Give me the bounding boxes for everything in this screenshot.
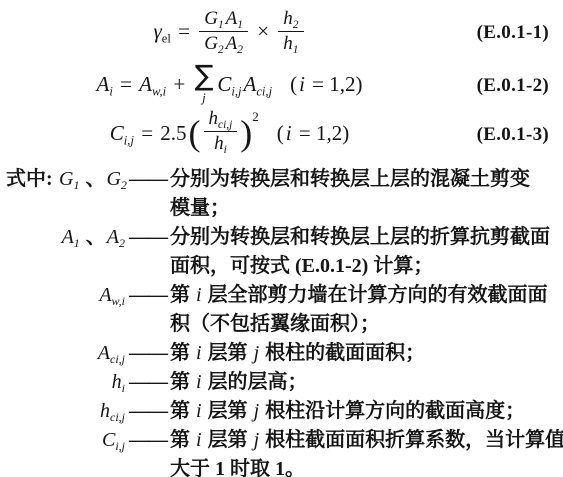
definition-line: 分别为转换层和转换层上层的折算抗剪截面 (170, 223, 557, 252)
math-subscript: 2 (119, 237, 125, 251)
math-var: i (196, 371, 202, 393)
definition-row: 式中:G1 、G2——分别为转换层和转换层上层的混凝土剪变模量； (6, 165, 557, 223)
math-subscript: i (122, 382, 125, 396)
math-var: Aw,i (99, 284, 125, 306)
definition-text: 第 i 层第 j 根柱沿计算方向的截面高度； (170, 397, 557, 426)
text-run: 层第 (203, 429, 253, 451)
math-subscript: ci,j (218, 119, 232, 131)
math-var: Ai (96, 72, 112, 96)
definition-line: 第 i 层全部剪力墙在计算方向的有效截面面 (170, 281, 557, 310)
document-page: γel = G1A1G2A2 × h2h1 (E.0.1-1) Ai = Aw,… (0, 0, 563, 477)
math-operator: = 1,2) (294, 121, 350, 145)
definition-symbol: G1 、G2 (58, 165, 126, 194)
text-run: 层第 (203, 342, 253, 364)
fraction: h2h1 (278, 8, 303, 55)
math-subscript: 1 (74, 237, 80, 251)
math-subscript: i,j (115, 440, 125, 454)
definition-text: 分别为转换层和转换层上层的混凝土剪变模量； (170, 165, 557, 223)
math-var: h2 (283, 8, 298, 29)
definition-line: 第 i 层的层高； (170, 368, 557, 397)
math-var: i (196, 284, 202, 306)
definition-row: hi——第 i 层的层高； (6, 368, 557, 397)
math-subscript: 2 (237, 44, 243, 56)
math-var: j (254, 342, 260, 364)
definition-row: Aci,j——第 i 层第 j 根柱的截面面积； (6, 339, 557, 368)
math-var: Aci,j (244, 72, 273, 96)
math-var: Ci,j (110, 121, 134, 145)
definition-row: Aw,i——第 i 层全部剪力墙在计算方向的有效截面面积（不包括翼缘面积）； (6, 281, 557, 339)
formula-effective-shear-area: Ai = Aw,i + ∑jCi,jAci,j(i = 1,2) (95, 65, 363, 107)
math-var: A1 (226, 8, 243, 29)
text-run: 第 (170, 400, 195, 422)
text-run: 模量； (170, 197, 230, 219)
open-paren-icon: ( (189, 118, 201, 149)
definition-text: 分别为转换层和转换层上层的折算抗剪截面面积，可按式 (E.0.1-2) 计算； (170, 223, 557, 281)
text-run: 第 (170, 342, 195, 364)
math-subscript: el (162, 32, 171, 46)
math-var: G2 (204, 33, 223, 54)
math-var: hi (112, 371, 125, 393)
definition-dash: —— (126, 281, 170, 310)
definition-line: 第 i 层第 j 根柱的截面面积； (170, 339, 557, 368)
definition-text: 第 i 层的层高； (170, 368, 557, 397)
definition-text: 第 i 层第 j 根柱截面面积折算系数，当计算值大于 1 时取 1。 (170, 426, 557, 477)
definition-dash: —— (126, 223, 170, 252)
definition-dash: —— (126, 368, 170, 397)
math-operator: = (115, 72, 137, 96)
math-var: Aw,i (139, 72, 166, 96)
text-run: 第 (170, 284, 195, 306)
math-var: i (196, 429, 202, 451)
math-var: j (254, 429, 260, 451)
math-number: 2.5 (160, 121, 186, 145)
exponent: 2 (252, 110, 259, 123)
definition-row: A1 、A2——分别为转换层和转换层上层的折算抗剪截面面积，可按式 (E.0.1… (6, 223, 557, 281)
text-run: 、 (81, 226, 106, 248)
definition-symbol: hi (58, 368, 126, 397)
math-var: G2 (106, 168, 126, 190)
math-subscript: 1 (237, 19, 243, 31)
math-subscript: i (109, 84, 113, 98)
equation-number-2: (E.0.1-2) (453, 75, 557, 97)
definition-line: 面积，可按式 (E.0.1-2) 计算； (170, 252, 557, 281)
math-subscript: i,j (231, 84, 241, 98)
formula-area-1: γel = G1A1G2A2 × h2h1 (6, 10, 453, 57)
math-var: G1 (59, 168, 79, 190)
definition-symbol: Ci,j (58, 426, 126, 455)
sigma-icon: ∑ (194, 62, 213, 90)
math-subscript: 1 (73, 179, 79, 193)
math-subscript: 2 (293, 19, 299, 31)
equation-row-1: γel = G1A1G2A2 × h2h1 (E.0.1-1) (6, 10, 557, 57)
fraction: G1A1G2A2 (199, 8, 248, 55)
text-run: 层第 (203, 400, 253, 422)
definition-dash: —— (126, 426, 170, 455)
formula-shear-stiffness-ratio: γel = G1A1G2A2 × h2h1 (152, 10, 306, 57)
math-var: A2 (226, 33, 243, 54)
text-run: 层全部剪力墙在计算方向的有效截面面 (203, 284, 548, 306)
math-var: i (196, 400, 202, 422)
definition-dash: —— (126, 165, 170, 194)
formula-area-3: Ci,j = 2.5(hci,jhi)2(i = 1,2) (6, 112, 453, 159)
math-subscript: w,i (152, 84, 166, 98)
math-var: j (254, 400, 260, 422)
paren-inner: hci,jhi (201, 110, 241, 157)
summation-index: j (202, 91, 206, 104)
symbol-definitions: 式中:G1 、G2——分别为转换层和转换层上层的混凝土剪变模量；A1 、A2——… (6, 165, 557, 477)
definition-symbol: hci,j (58, 397, 126, 426)
math-operator: × (252, 19, 274, 43)
text-run: 分别为转换层和转换层上层的折算抗剪截面 (170, 226, 550, 248)
math-var: i (286, 121, 292, 145)
math-var: hci,j (100, 400, 125, 422)
text-run: 根柱截面面积折算系数，当计算值 (260, 429, 563, 451)
math-var: Ci,j (217, 72, 241, 96)
definition-text: 第 i 层第 j 根柱的截面面积； (170, 339, 557, 368)
formula-block: γel = G1A1G2A2 × h2h1 (E.0.1-1) Ai = Aw,… (6, 8, 557, 158)
formula-area-2: Ai = Aw,i + ∑jCi,jAci,j(i = 1,2) (6, 65, 453, 107)
math-operator: ( (277, 121, 284, 145)
denominator: h1 (278, 32, 303, 55)
math-subscript: 2 (218, 44, 224, 56)
math-operator: + (168, 72, 190, 96)
definition-dash: —— (126, 339, 170, 368)
numerator: h2 (278, 8, 303, 32)
text-run: 第 (170, 429, 195, 451)
math-var: A1 (62, 226, 80, 248)
math-subscript: ci,j (256, 84, 272, 98)
math-var: h1 (283, 33, 298, 54)
definition-symbol: A1 、A2 (58, 223, 126, 252)
text-run: 面积，可按式 (E.0.1-2) 计算； (170, 255, 433, 277)
math-operator: = (173, 19, 195, 43)
definition-row: hci,j——第 i 层第 j 根柱沿计算方向的截面高度； (6, 397, 557, 426)
numerator: G1A1 (199, 8, 248, 32)
text-run: 、 (80, 168, 105, 190)
math-subscript: w,i (112, 295, 125, 309)
math-subscript: ci,j (110, 353, 125, 367)
formula-column-conversion-factor: Ci,j = 2.5(hci,jhi)2(i = 1,2) (109, 112, 350, 159)
equation-row-2: Ai = Aw,i + ∑jCi,jAci,j(i = 1,2) (E.0.1-… (6, 65, 557, 107)
math-var: hi (214, 133, 227, 154)
fraction: hci,jhi (204, 108, 238, 155)
definition-line: 大于 1 时取 1。 (170, 455, 557, 477)
definition-row: Ci,j——第 i 层第 j 根柱截面面积折算系数，当计算值大于 1 时取 1。 (6, 426, 557, 477)
denominator: hi (209, 132, 232, 155)
text-run: 层的层高； (203, 371, 308, 393)
text-run: 根柱的截面面积； (260, 342, 425, 364)
definition-dash: —— (126, 397, 170, 426)
definition-line: 第 i 层第 j 根柱截面面积折算系数，当计算值 (170, 426, 557, 455)
text-run: 积（不包括翼缘面积）； (170, 313, 380, 335)
math-subscript: 1 (293, 44, 299, 56)
math-subscript: ci,j (110, 411, 125, 425)
definition-line: 分别为转换层和转换层上层的混凝土剪变 (170, 165, 557, 194)
definition-line: 模量； (170, 194, 557, 223)
math-subscript: i (224, 144, 227, 156)
math-var: A2 (107, 226, 125, 248)
math-var: i (299, 72, 305, 96)
definition-line: 第 i 层第 j 根柱沿计算方向的截面高度； (170, 397, 557, 426)
text-run: 大于 1 时取 1。 (170, 458, 305, 477)
close-paren-icon: ) (240, 118, 252, 149)
math-subscript: 1 (218, 19, 224, 31)
where-label: 式中: (6, 165, 58, 194)
text-run: 第 (170, 371, 195, 393)
math-var: γel (153, 19, 170, 43)
text-run: 根柱沿计算方向的截面高度； (260, 400, 525, 422)
paren-group: (hci,jhi)2 (189, 110, 259, 157)
math-operator: = 1,2) (307, 72, 363, 96)
math-var: G1 (204, 8, 223, 29)
math-var: Aci,j (98, 342, 125, 364)
math-operator: = (136, 121, 158, 145)
math-var: hci,j (209, 108, 233, 129)
equation-number-3: (E.0.1-3) (453, 124, 557, 146)
math-var: i (196, 342, 202, 364)
math-subscript: i,j (124, 133, 134, 147)
definition-symbol: Aci,j (58, 339, 126, 368)
summation: ∑j (194, 62, 213, 104)
math-var: Ci,j (102, 429, 125, 451)
denominator: G2A2 (199, 32, 248, 55)
math-operator: ( (290, 72, 297, 96)
numerator: hci,j (204, 108, 238, 132)
definition-line: 积（不包括翼缘面积）； (170, 310, 557, 339)
equation-row-3: Ci,j = 2.5(hci,jhi)2(i = 1,2) (E.0.1-3) (6, 112, 557, 159)
definition-symbol: Aw,i (58, 281, 126, 310)
equation-number-1: (E.0.1-1) (453, 22, 557, 44)
text-run: 分别为转换层和转换层上层的混凝土剪变 (170, 168, 530, 190)
definition-text: 第 i 层全部剪力墙在计算方向的有效截面面积（不包括翼缘面积）； (170, 281, 557, 339)
